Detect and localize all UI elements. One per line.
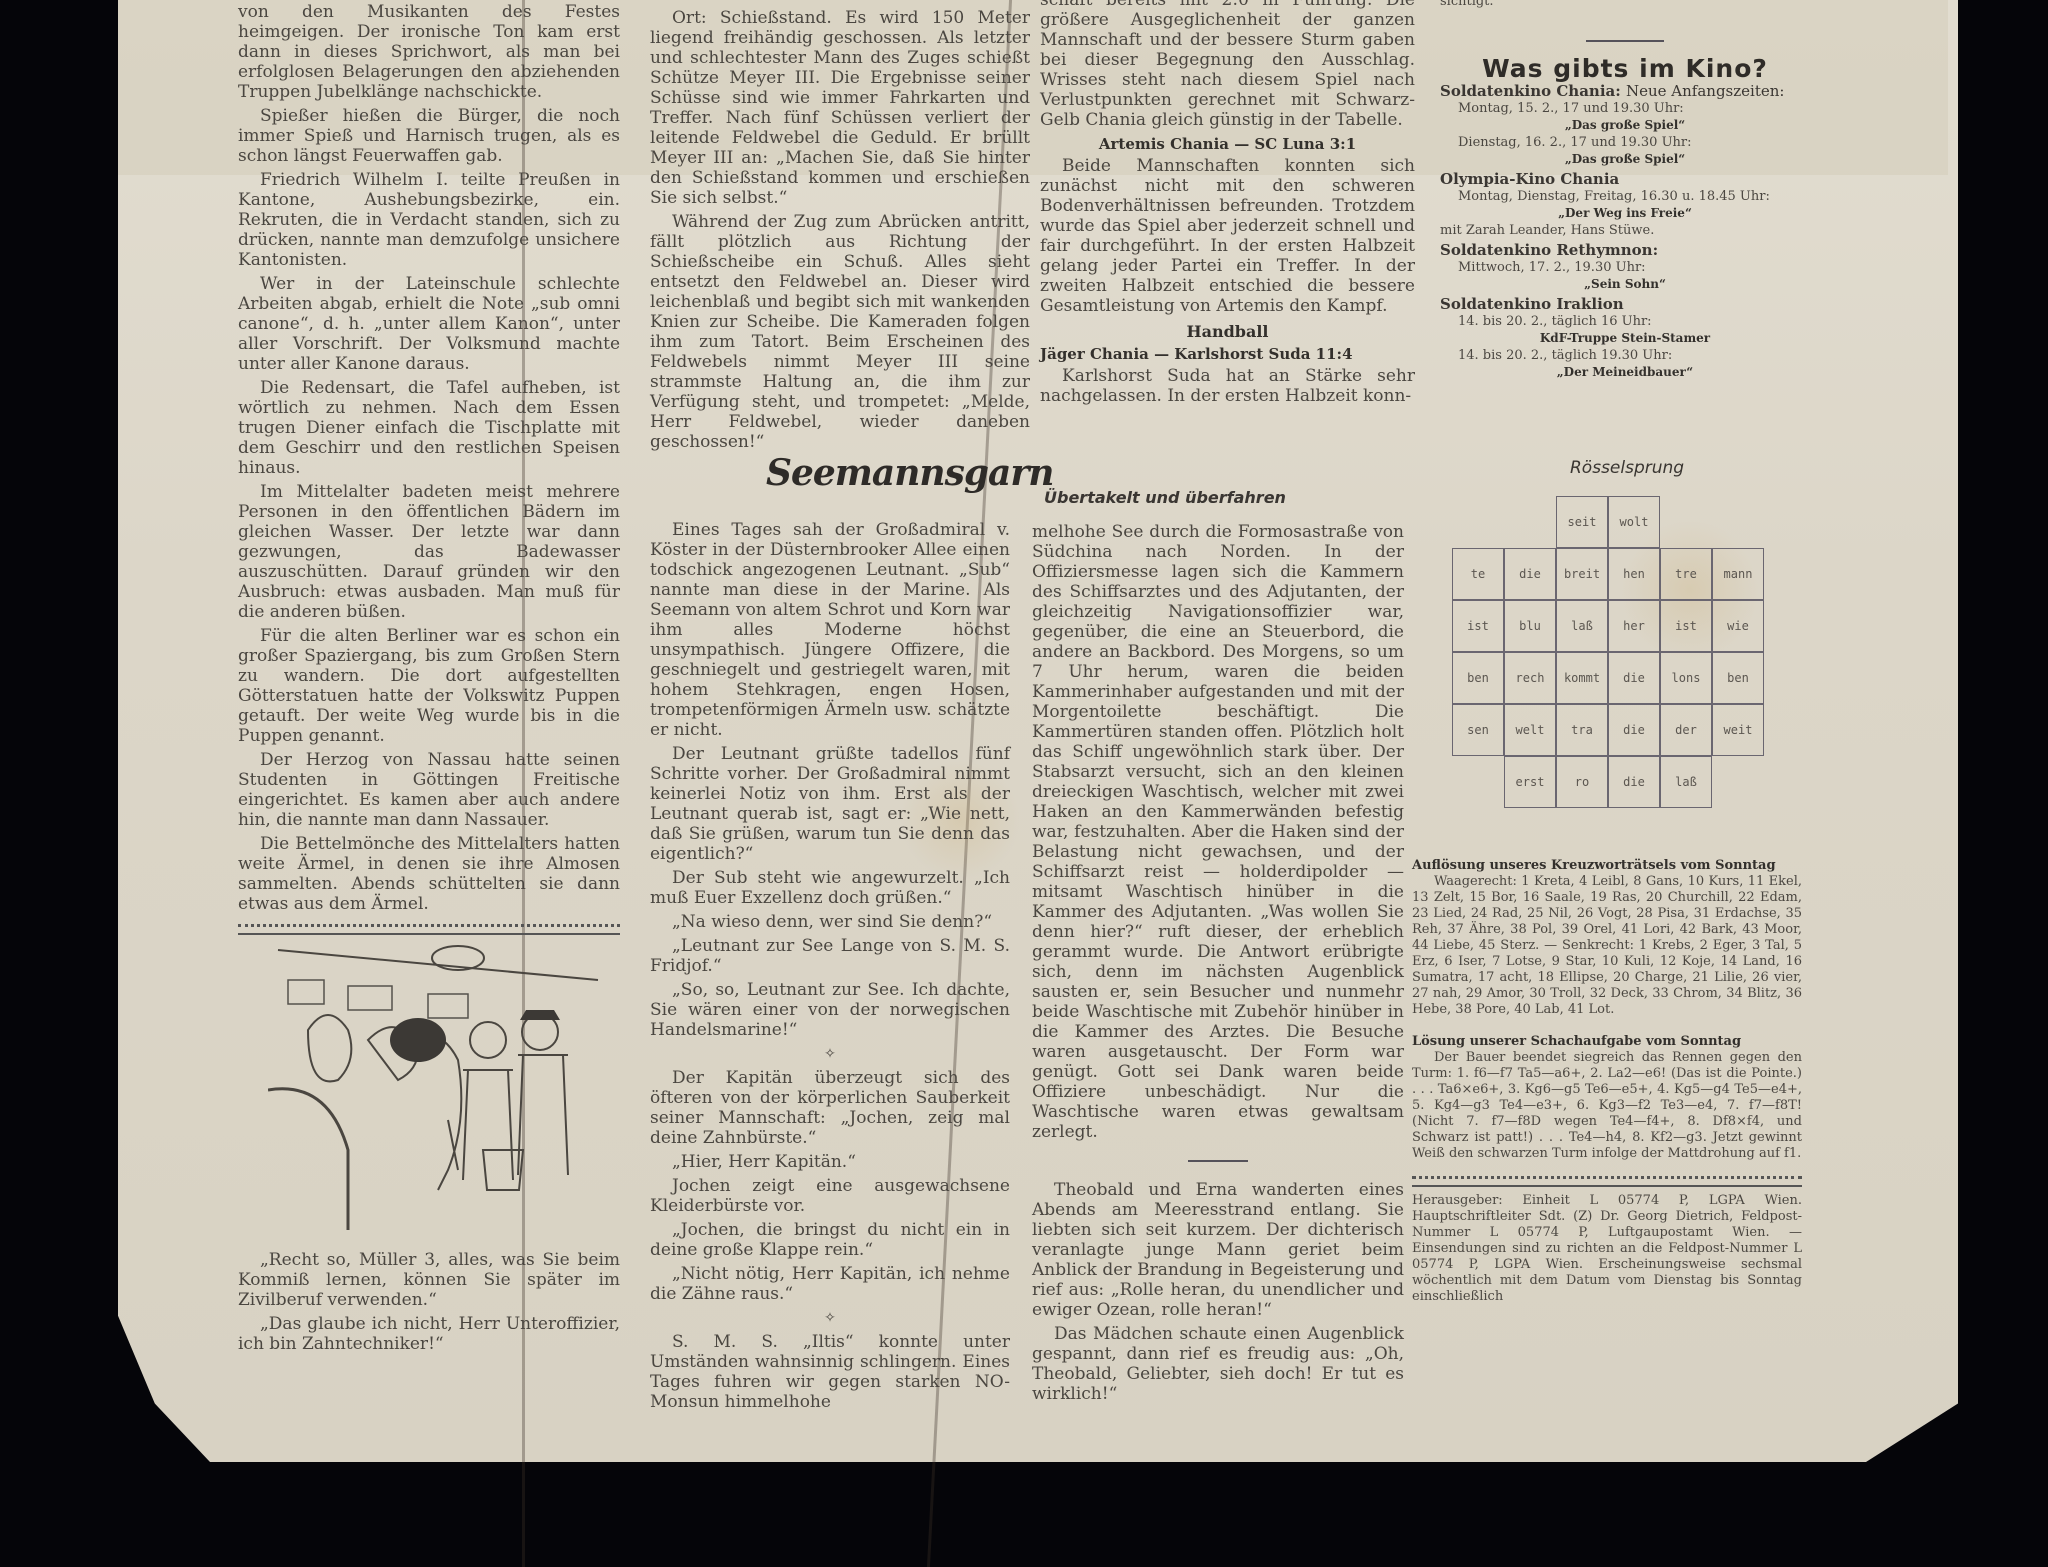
- show-time: Dienstag, 16. 2., 17 und 19.30 Uhr:: [1440, 134, 1810, 151]
- paragraph: Der Kapitän überzeugt sich des öfteren v…: [650, 1068, 1010, 1148]
- chess-solution-title: Lösung unserer Schachaufgabe vom Sonntag: [1412, 1034, 1802, 1050]
- separator-icon: ✧: [650, 1044, 1010, 1064]
- paragraph: „Na wieso denn, wer sind Sie denn?“: [650, 912, 1010, 932]
- paragraph: „Nicht nötig, Herr Kapitän, ich nehme di…: [650, 1264, 1010, 1304]
- film-title: „Das große Spiel“: [1440, 117, 1810, 134]
- paragraph: S. M. S. „Iltis“ konnte unter Umständen …: [650, 1332, 1010, 1412]
- column-2-shooting-story: Ort: Schießstand. Es wird 150 Meter lieg…: [650, 8, 1030, 456]
- puzzle-cell: sen: [1452, 704, 1504, 756]
- caption-line-1: „Recht so, Müller 3, alles, was Sie beim…: [238, 1250, 620, 1310]
- anecdote-theobald: Theobald und Erna wanderten eines Abends…: [1032, 1180, 1404, 1404]
- crossword-solution: Auflösung unseres Kreuzworträtsels vom S…: [1412, 858, 1802, 1309]
- puzzle-cell: tre: [1660, 548, 1712, 600]
- puzzle-title: Rösselsprung: [1570, 458, 1684, 478]
- crossword-solution-title: Auflösung unseres Kreuzworträtsels vom S…: [1412, 858, 1802, 874]
- chess-solution-text: Der Bauer beendet siegreich das Rennen g…: [1412, 1050, 1802, 1162]
- puzzle-cell: wie: [1712, 600, 1764, 652]
- puzzle-cell: ben: [1712, 652, 1764, 704]
- paragraph: Das Mädchen schaute einen Augenblick ges…: [1032, 1324, 1404, 1404]
- puzzle-cell: tra: [1556, 704, 1608, 756]
- paragraph: Der Sub steht wie angewurzelt. „Ich muß …: [650, 868, 1010, 908]
- kino-column: sichtigt. Was gibts im Kino? Soldatenkin…: [1440, 0, 1810, 381]
- text-fragment: sichtigt.: [1440, 0, 1810, 10]
- show-time: 14. bis 20. 2., täglich 19.30 Uhr:: [1440, 347, 1810, 364]
- divider: [1586, 40, 1664, 42]
- film-title: „Das große Spiel“: [1440, 151, 1810, 168]
- kino-venue: Soldatenkino Iraklion: [1440, 296, 1810, 313]
- column-3-sports: schaft bereits mit 2:0 in Führung. Die g…: [1040, 0, 1415, 410]
- puzzle-cell: die: [1608, 756, 1660, 808]
- kino-listings: Soldatenkino Chania: Neue Anfangszeiten:…: [1440, 83, 1810, 381]
- puzzle-cell: erst: [1504, 756, 1556, 808]
- puzzle-cell: ist: [1660, 600, 1712, 652]
- paragraph: Für die alten Berliner war es schon ein …: [238, 626, 620, 746]
- kino-heading: Was gibts im Kino?: [1440, 60, 1810, 77]
- paragraph: Theobald und Erna wanderten eines Abends…: [1032, 1180, 1404, 1320]
- puzzle-cell: hen: [1608, 548, 1660, 600]
- feature-subtitle: Übertakelt und überfahren: [1044, 488, 1286, 507]
- match-heading: Artemis Chania — SC Luna 3:1: [1040, 134, 1415, 154]
- show-time: 14. bis 20. 2., täglich 16 Uhr:: [1440, 313, 1810, 330]
- puzzle-cell: ben: [1452, 652, 1504, 704]
- puzzle-cell: seit: [1556, 496, 1608, 548]
- show-time: Montag, Dienstag, Freitag, 16.30 u. 18.4…: [1440, 188, 1810, 205]
- paragraph: Eines Tages sah der Großadmiral v. Köste…: [650, 520, 1010, 740]
- puzzle-cell: mann: [1712, 548, 1764, 600]
- puzzle-cell: ist: [1452, 600, 1504, 652]
- crossword-solution-text: Waagerecht: 1 Kreta, 4 Leibl, 8 Gans, 10…: [1412, 874, 1802, 1018]
- paragraph: Ort: Schießstand. Es wird 150 Meter lieg…: [650, 8, 1030, 208]
- puzzle-cell: breit: [1556, 548, 1608, 600]
- match-report: Beide Mannschaften konnten sich zunächst…: [1040, 156, 1415, 316]
- kino-venue: Soldatenkino Rethymnon:: [1440, 242, 1810, 259]
- shooting-story-text: Ort: Schießstand. Es wird 150 Meter lieg…: [650, 8, 1030, 452]
- anecdote-admiral: Eines Tages sah der Großadmiral v. Köste…: [650, 520, 1010, 1040]
- sports-text: schaft bereits mit 2:0 in Führung. Die g…: [1040, 0, 1415, 130]
- puzzle-cell: wolt: [1608, 496, 1660, 548]
- cartoon-stable-illustration-icon: [268, 920, 608, 1240]
- column-1-text: von den Musikanten des Festes heimgeigen…: [238, 2, 620, 914]
- seemannsgarn-left-column: Eines Tages sah der Großadmiral v. Köste…: [650, 520, 1010, 1416]
- film-title: „Der Meineidbauer“: [1440, 364, 1810, 381]
- paragraph: „Jochen, die bringst du nicht ein in dei…: [650, 1220, 1010, 1260]
- paragraph: Der Leutnant grüßte tadellos fünf Schrit…: [650, 744, 1010, 864]
- puzzle-cell: her: [1608, 600, 1660, 652]
- paragraph: Wer in der Lateinschule schlechte Arbeit…: [238, 274, 620, 374]
- film-title: KdF-Truppe Stein-Stamer: [1440, 330, 1810, 347]
- puzzle-cell: die: [1608, 704, 1660, 756]
- paragraph: Der Herzog von Nassau hatte seinen Stude…: [238, 750, 620, 830]
- show-time: Mittwoch, 17. 2., 19.30 Uhr:: [1440, 259, 1810, 276]
- seemannsgarn-right-column: melhohe See durch die Formosastraße von …: [1032, 522, 1404, 1408]
- film-cast: mit Zarah Leander, Hans Stüwe.: [1440, 222, 1810, 239]
- puzzle-cell: ro: [1556, 756, 1608, 808]
- film-title: „Sein Sohn“: [1440, 276, 1810, 293]
- paragraph: Im Mittelalter badeten meist mehrere Per…: [238, 482, 620, 622]
- paragraph: „Hier, Herr Kapitän.“: [650, 1152, 1010, 1172]
- section-heading: Handball: [1040, 322, 1415, 342]
- paragraph: Friedrich Wilhelm I. teilte Preußen in K…: [238, 170, 620, 270]
- anecdote-captain: Der Kapitän überzeugt sich des öfteren v…: [650, 1068, 1010, 1304]
- puzzle-cell: laß: [1556, 600, 1608, 652]
- separator-icon: ✧: [650, 1308, 1010, 1328]
- match-report: Karlshorst Suda hat an Stärke sehr nachg…: [1040, 366, 1415, 406]
- kino-venue: Soldatenkino Chania: Neue Anfangszeiten:: [1440, 83, 1810, 100]
- puzzle-cell: welt: [1504, 704, 1556, 756]
- puzzle-cell: lons: [1660, 652, 1712, 704]
- anecdote-iltis: S. M. S. „Iltis“ konnte unter Umständen …: [650, 1332, 1010, 1412]
- divider: [1188, 1160, 1248, 1162]
- paragraph: Spießer hießen die Bürger, die noch imme…: [238, 106, 620, 166]
- cartoon-caption: „Recht so, Müller 3, alles, was Sie beim…: [238, 1250, 620, 1358]
- puzzle-cell: die: [1504, 548, 1556, 600]
- kino-venue: Olympia-Kino Chania: [1440, 171, 1810, 188]
- paragraph: „Leutnant zur See Lange von S. M. S. Fri…: [650, 936, 1010, 976]
- puzzle-cell: weit: [1712, 704, 1764, 756]
- puzzle-cell: die: [1608, 652, 1660, 704]
- match-heading: Jäger Chania — Karlshorst Suda 11:4: [1040, 344, 1415, 364]
- paragraph: von den Musikanten des Festes heimgeigen…: [238, 2, 620, 102]
- caption-line-2: „Das glaube ich nicht, Herr Unteroffizie…: [238, 1314, 620, 1354]
- puzzle-cell: te: [1452, 548, 1504, 600]
- puzzle-cell: kommt: [1556, 652, 1608, 704]
- puzzle-cell: rech: [1504, 652, 1556, 704]
- column-1: von den Musikanten des Festes heimgeigen…: [238, 2, 620, 935]
- paragraph: Die Redensart, die Tafel aufheben, ist w…: [238, 378, 620, 478]
- paragraph: Während der Zug zum Abrücken antritt, fä…: [650, 212, 1030, 452]
- dotted-rule: [1412, 1176, 1802, 1187]
- puzzle-cell: der: [1660, 704, 1712, 756]
- film-title: „Der Weg ins Freie“: [1440, 205, 1810, 222]
- show-time: Montag, 15. 2., 17 und 19.30 Uhr:: [1440, 100, 1810, 117]
- puzzle-cell: laß: [1660, 756, 1712, 808]
- feature-title: Seemannsgarn: [766, 452, 1053, 494]
- paragraph: „So, so, Leutnant zur See. Ich dachte, S…: [650, 980, 1010, 1040]
- paragraph: Die Bettelmönche des Mittelalters hatten…: [238, 834, 620, 914]
- paragraph: Jochen zeigt eine ausgewachsene Kleiderb…: [650, 1176, 1010, 1216]
- imprint-text: Herausgeber: Einheit L 05774 P, LGPA Wie…: [1412, 1193, 1802, 1305]
- anecdote-iltis-continued: melhohe See durch die Formosastraße von …: [1032, 522, 1404, 1142]
- puzzle-cell: blu: [1504, 600, 1556, 652]
